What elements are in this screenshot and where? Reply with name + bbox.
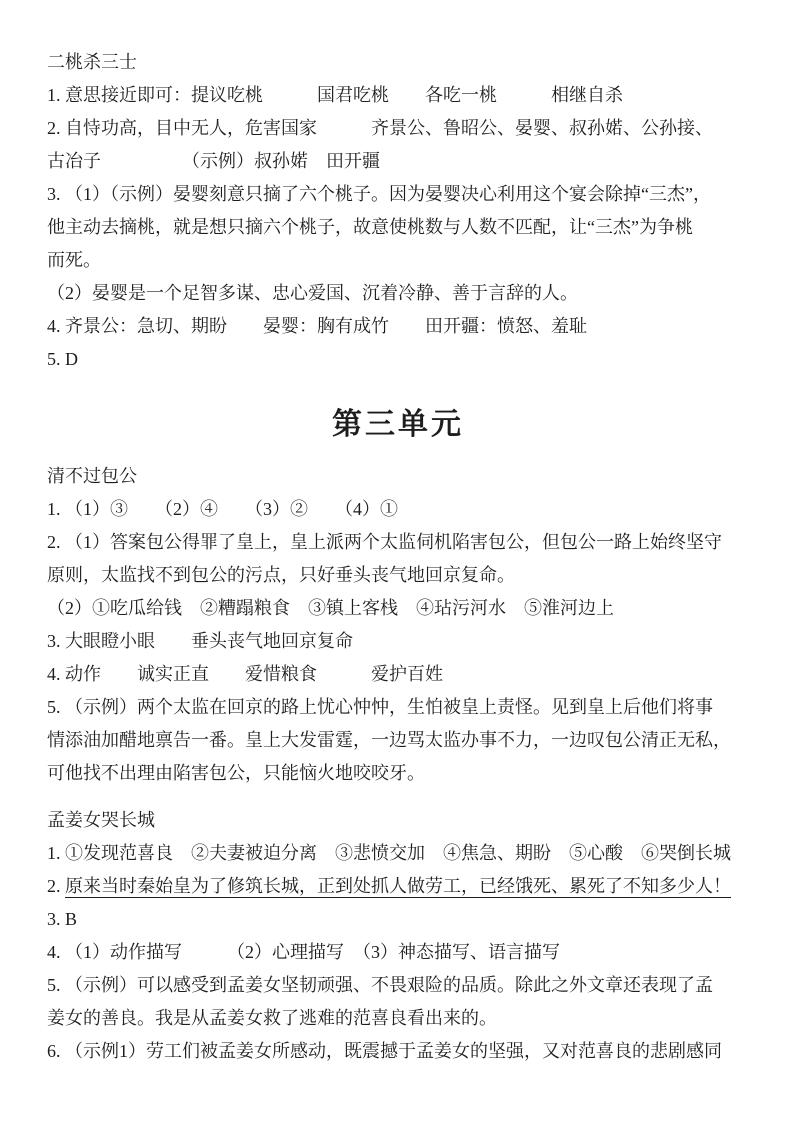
answer-line: 情添油加醋地禀告一番。皇上大发雷霆，一边骂太监办事不力，一边叹包公清正无私， [47, 724, 749, 757]
underlined-sentence: 原来当时秦始皇为了修筑长城，正到处抓人做劳工，已经饿死、累死了不知多少人！ [65, 876, 731, 896]
story-title: 清不过包公 [47, 460, 749, 493]
answer-line: 原则，太监找不到包公的污点，只好垂头丧气地回京复命。 [47, 559, 749, 592]
section-qing-bu-guo-bao-gong: 清不过包公 1. （1）③ （2）④ （3）② （4）① 2. （1）答案包公得… [47, 460, 749, 790]
answer-line: （2）①吃瓜给钱 ②糟蹋粮食 ③镇上客栈 ④玷污河水 ⑤淮河边上 [47, 592, 749, 625]
answer-line: 5. （示例）两个太监在回京的路上忧心忡忡，生怕被皇上责怪。见到皇上后他们将事 [47, 691, 749, 724]
answer-line: 2. 自恃功高，目中无人，危害国家 齐景公、鲁昭公、晏婴、叔孙婼、公孙接、 [47, 112, 749, 145]
answer-line: 而死。 [47, 244, 749, 277]
answer-line: 3. B [47, 903, 749, 936]
answer-line: 4. （1）动作描写 （2）心理描写 （3）神态描写、语言描写 [47, 936, 749, 969]
story-title: 孟姜女哭长城 [47, 804, 749, 837]
answer-number: 2. [47, 876, 65, 896]
answer-line: 4. 动作 诚实正直 爱惜粮食 爱护百姓 [47, 658, 749, 691]
answer-line: 5. （示例）可以感受到孟姜女坚韧顽强、不畏艰险的品质。除此之外文章还表现了孟 [47, 969, 749, 1002]
answer-line: 3. 大眼瞪小眼 垂头丧气地回京复命 [47, 625, 749, 658]
answer-line: 4. 齐景公：急切、期盼 晏婴：胸有成竹 田开疆：愤怒、羞耻 [47, 310, 749, 343]
answer-line: 3. （1）（示例）晏婴刻意只摘了六个桃子。因为晏婴决心利用这个宴会除掉“三杰”… [47, 178, 749, 211]
answer-line: 5. D [47, 343, 749, 376]
unit-heading: 第三单元 [47, 404, 749, 446]
answer-line-underlined: 2. 原来当时秦始皇为了修筑长城，正到处抓人做劳工，已经饿死、累死了不知多少人！ [47, 870, 749, 903]
answer-line: 古冶子 （示例）叔孙婼 田开疆 [47, 145, 749, 178]
answer-line: 姜女的善良。我是从孟姜女救了逃难的范喜良看出来的。 [47, 1002, 749, 1035]
answer-line: 他主动去摘桃，就是想只摘六个桃子，故意使桃数与人数不匹配，让“三杰”为争桃 [47, 211, 749, 244]
story-title: 二桃杀三士 [47, 46, 749, 79]
answer-line: 1. （1）③ （2）④ （3）② （4）① [47, 493, 749, 526]
answer-line: （2）晏婴是一个足智多谋、忠心爱国、沉着冷静、善于言辞的人。 [47, 277, 749, 310]
section-meng-jiang-nv: 孟姜女哭长城 1. ①发现范喜良 ②夫妻被迫分离 ③悲愤交加 ④焦急、期盼 ⑤心… [47, 804, 749, 1068]
answer-line: 1. 意思接近即可：提议吃桃 国君吃桃 各吃一桃 相继自杀 [47, 79, 749, 112]
answer-line: 1. ①发现范喜良 ②夫妻被迫分离 ③悲愤交加 ④焦急、期盼 ⑤心酸 ⑥哭倒长城 [47, 837, 749, 870]
answer-line: 2. （1）答案包公得罪了皇上，皇上派两个太监伺机陷害包公，但包公一路上始终坚守 [47, 526, 749, 559]
answer-key-page: 二桃杀三士 1. 意思接近即可：提议吃桃 国君吃桃 各吃一桃 相继自杀 2. 自… [0, 0, 793, 1122]
section-er-tao-sha-san-shi: 二桃杀三士 1. 意思接近即可：提议吃桃 国君吃桃 各吃一桃 相继自杀 2. 自… [47, 46, 749, 376]
answer-line: 6. （示例1）劳工们被孟姜女所感动，既震撼于孟姜女的坚强，又对范喜良的悲剧感同 [47, 1035, 749, 1068]
answer-line: 可他找不出理由陷害包公，只能恼火地咬咬牙。 [47, 757, 749, 790]
